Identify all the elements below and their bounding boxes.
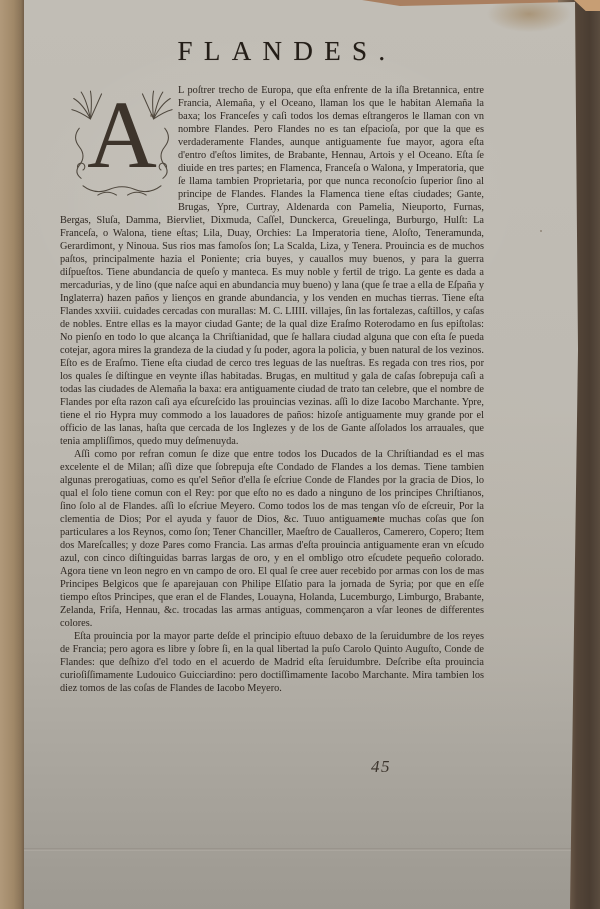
paper-crease [24,848,578,851]
foxing-speck [540,230,542,232]
drop-cap-ornament-icon: A [70,85,174,203]
page-number: 45 [371,757,391,777]
page-title: FLANDES. [10,36,564,67]
ink-spot [373,517,377,521]
paragraph-2: Aſſi como por refran comun ſe dize que e… [60,448,484,630]
book-binding-edge [0,0,27,909]
drop-cap: A [70,85,174,203]
foxing-speck [150,114,153,117]
drop-cap-letter: A [87,85,157,188]
body-text: A L poſtrer trecho de Europa, que eſta e… [60,84,484,695]
page-sheet: FLANDES. [24,0,578,909]
paragraph-3: Eſta prouincia por la mayor parte deſde … [60,630,484,695]
